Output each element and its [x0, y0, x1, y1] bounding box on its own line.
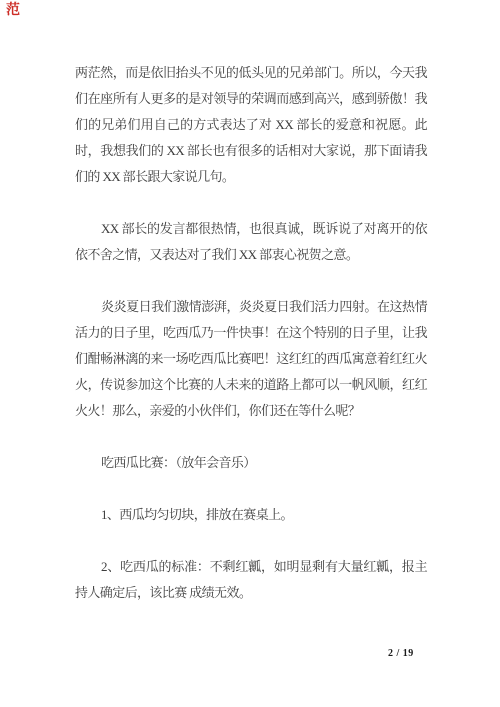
- page-number: 2 / 19: [388, 648, 414, 659]
- document-body: 两茫然，而是依旧抬头不见的低头见的兄弟部门。所以，今天我们在座所有人更多的是对领…: [75, 60, 427, 632]
- paragraph: 炎炎夏日我们激情澎湃，炎炎夏日我们活力四射。在这热情活力的日子里，吃西瓜乃一件快…: [75, 294, 427, 424]
- red-stamp-icon: 范: [6, 3, 20, 19]
- paragraph: 两茫然，而是依旧抬头不见的低头见的兄弟部门。所以，今天我们在座所有人更多的是对领…: [75, 60, 427, 190]
- document-page: 范 两茫然，而是依旧抬头不见的低头见的兄弟部门。所以，今天我们在座所有人更多的是…: [0, 0, 500, 707]
- list-item: 1、西瓜均匀切块，排放在赛桌上。: [75, 502, 427, 528]
- paragraph-heading: 吃西瓜比赛：（放年会音乐）: [75, 450, 427, 476]
- list-item: 2、吃西瓜的标准：不剩红瓤，如明显剩有大量红瓤，报主持人确定后，该比赛 成绩无效…: [75, 554, 427, 606]
- paragraph: XX 部长的发言都很热情，也很真诚，既诉说了对离开的依依不舍之情，又表达对了我们…: [75, 216, 427, 268]
